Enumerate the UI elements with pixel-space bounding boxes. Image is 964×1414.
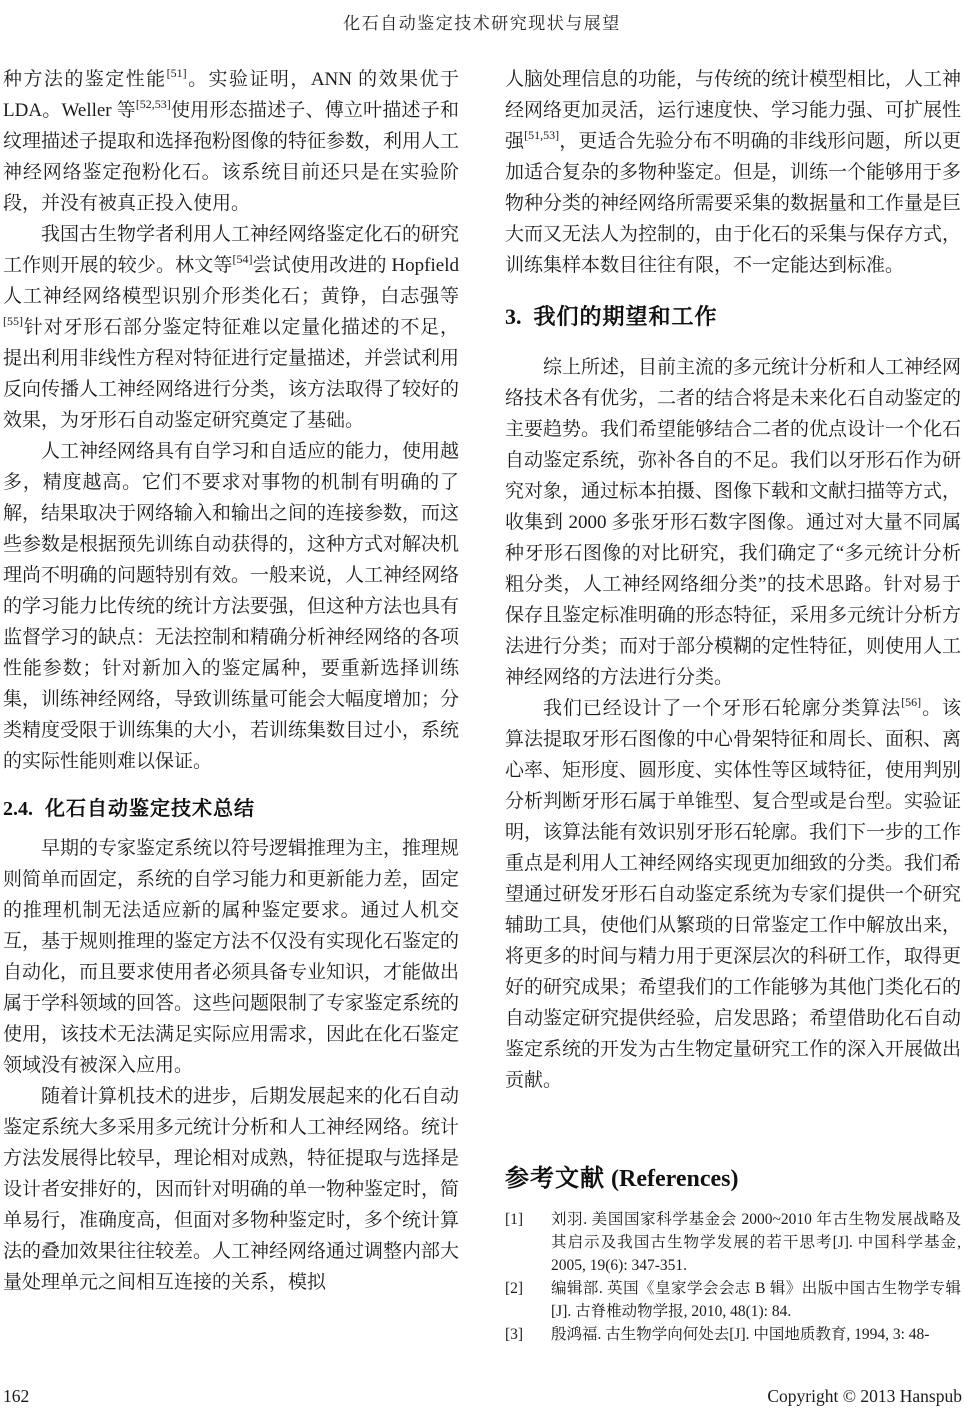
body-paragraph: 人工神经网络具有自学习和自适应的能力，使用越多，精度越高。它们不要求对事物的机制… [3,436,459,777]
references-heading: 参考文献 (References) [505,1158,961,1193]
reference-label: [3] [505,1323,551,1346]
two-column-body: 种方法的鉴定性能[51]。实验证明，ANN 的效果优于 LDA。Weller 等… [3,64,961,1346]
copyright-notice: Copyright © 2013 Hanspub [767,1386,962,1407]
citation-superscript: [54] [233,252,253,266]
body-paragraph: 种方法的鉴定性能[51]。实验证明，ANN 的效果优于 LDA。Weller 等… [3,64,459,219]
reference-text: 殷鸿福. 古生物学向何处去[J]. 中国地质教育, 1994, 3: 48- [551,1323,961,1346]
reference-item: [3]殷鸿福. 古生物学向何处去[J]. 中国地质教育, 1994, 3: 48… [505,1323,961,1346]
left-column: 种方法的鉴定性能[51]。实验证明，ANN 的效果优于 LDA。Weller 等… [3,64,459,1346]
heading-text: 我们的期望和工作 [534,304,718,329]
reference-label: [1] [505,1208,551,1277]
reference-text: 刘羽. 美国国家科学基金会 2000~2010 年古生物发展战略及其启示及我国古… [551,1208,961,1277]
citation-superscript: [51,53] [524,128,559,142]
body-paragraph: 早期的专家鉴定系统以符号逻辑推理为主，推理规则简单而固定，系统的自学习能力和更新… [3,833,459,1081]
citation-superscript: [55] [3,314,23,328]
paper-page: 化石自动鉴定技术研究现状与展望 种方法的鉴定性能[51]。实验证明，ANN 的效… [0,0,964,1414]
page-footer: 162 Copyright © 2013 Hanspub [3,1386,962,1407]
section-heading: 3.我们的期望和工作 [505,300,961,331]
right-column: 人脑处理信息的功能，与传统的统计模型相比，人工神经网络更加灵活，运行速度快、学习… [505,64,961,1346]
body-paragraph: 我们已经设计了一个牙形石轮廓分类算法[56]。该算法提取牙形石图像的中心骨架特征… [505,693,961,1096]
running-head-title: 化石自动鉴定技术研究现状与展望 [0,9,964,34]
reference-list: [1]刘羽. 美国国家科学基金会 2000~2010 年古生物发展战略及其启示及… [505,1208,961,1346]
references-heading-zh: 参考文献 [505,1165,605,1192]
body-paragraph: 人脑处理信息的功能，与传统的统计模型相比，人工神经网络更加灵活，运行速度快、学习… [505,64,961,281]
citation-superscript: [51] [167,66,187,80]
reference-text: 编辑部. 英国《皇家学会会志 B 辑》出版中国古生物学专辑[J]. 古脊椎动物学… [551,1277,961,1323]
heading-number: 3. [505,304,522,329]
citation-superscript: [56] [901,695,921,709]
reference-item: [2]编辑部. 英国《皇家学会会志 B 辑》出版中国古生物学专辑[J]. 古脊椎… [505,1277,961,1323]
reference-item: [1]刘羽. 美国国家科学基金会 2000~2010 年古生物发展战略及其启示及… [505,1208,961,1277]
references-heading-en: (References) [605,1166,738,1192]
heading-text: 化石自动鉴定技术总结 [45,798,255,820]
citation-superscript: [52,53] [136,97,171,111]
body-paragraph: 综上所述，目前主流的多元统计分析和人工神经网络技术各有优劣，二者的结合将是未来化… [505,352,961,693]
body-paragraph: 我国古生物学者利用人工神经网络鉴定化石的研究工作则开展的较少。林文等[54]尝试… [3,219,459,436]
page-number: 162 [3,1386,29,1407]
section-heading: 2.4.化石自动鉴定技术总结 [3,792,459,821]
heading-number: 2.4. [3,798,33,820]
reference-label: [2] [505,1277,551,1323]
body-paragraph: 随着计算机技术的进步，后期发展起来的化石自动鉴定系统大多采用多元统计分析和人工神… [3,1081,459,1298]
